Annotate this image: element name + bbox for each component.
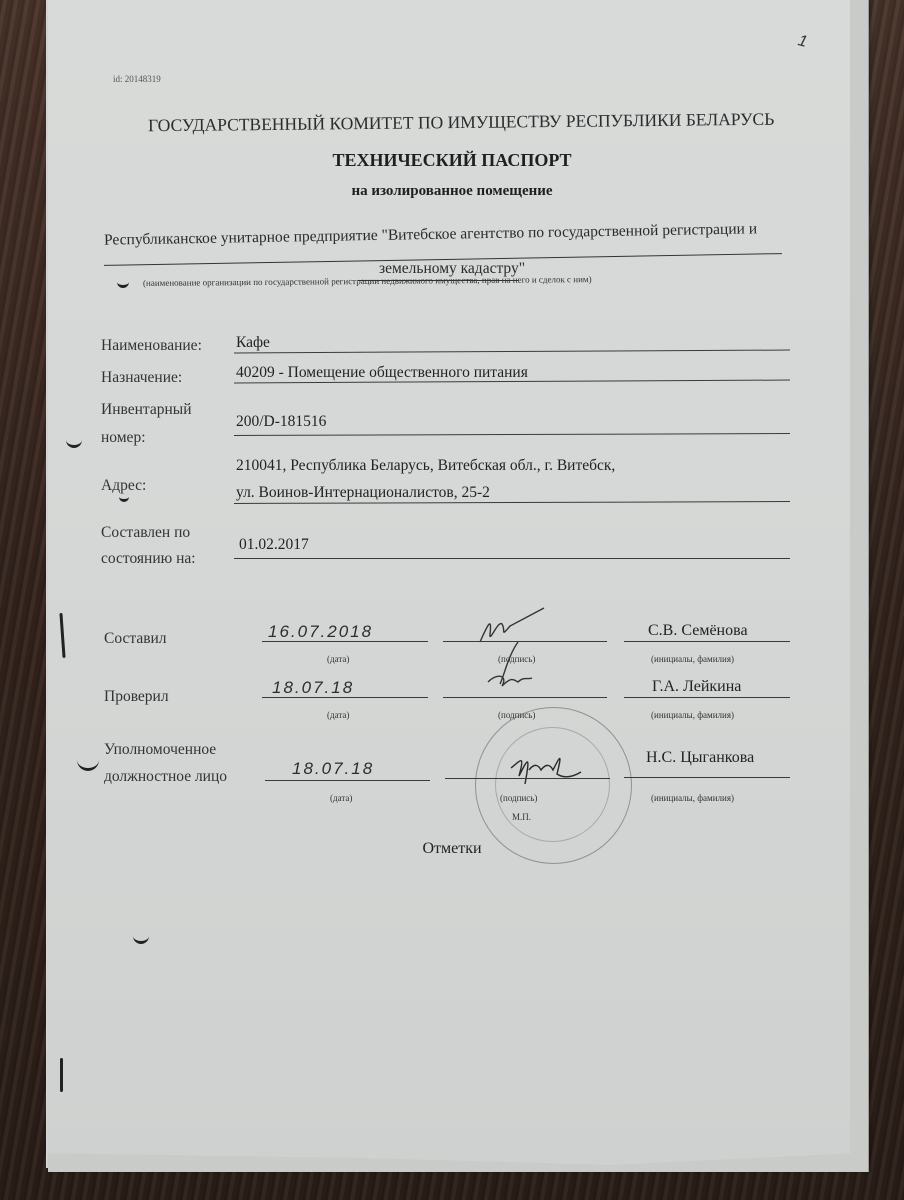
inventory-value: 200/D-181516 xyxy=(236,413,326,431)
purpose-value: 40209 - Помещение общественного питания xyxy=(236,364,528,382)
document-subtitle: на изолированное помещение xyxy=(0,183,904,200)
authorized-date-caption: (дата) xyxy=(330,793,352,803)
address-value-2: ул. Воинов-Интернационалистов, 25-2 xyxy=(236,484,490,502)
document-title: ТЕХНИЧЕСКИЙ ПАСПОРТ xyxy=(0,150,904,171)
checked-date-line xyxy=(262,697,428,698)
compiled-name-caption: (инициалы, фамилия) xyxy=(651,654,734,664)
compiled-name-line xyxy=(624,641,790,642)
checked-label: Проверил xyxy=(104,688,169,706)
compiled-name: С.В. Семёнова xyxy=(648,622,748,640)
document-id: id: 20148319 xyxy=(113,74,161,84)
authorized-name-line xyxy=(624,777,790,778)
authorized-signature-caption: (подпись) xyxy=(500,793,537,803)
authorized-signature xyxy=(505,740,595,790)
binding-mark xyxy=(60,1058,63,1092)
as-of-label-1: Составлен по xyxy=(101,519,190,547)
name-value: Кафе xyxy=(236,334,270,352)
compiled-label: Составил xyxy=(104,630,167,648)
compiled-date: 16.07.2018 xyxy=(268,622,373,642)
compiled-date-caption: (дата) xyxy=(327,654,349,664)
as-of-underline xyxy=(234,558,790,559)
checked-date: 18.07.18 xyxy=(272,678,354,698)
as-of-label-2: состоянию на: xyxy=(101,545,196,573)
document-sheet xyxy=(48,0,850,1165)
authorized-name: Н.С. Цыганкова xyxy=(646,749,754,767)
authorized-date: 18.07.18 xyxy=(292,759,374,779)
checked-name-caption: (инициалы, фамилия) xyxy=(651,710,734,720)
compiled-date-line xyxy=(262,641,428,642)
checked-signature-line xyxy=(443,697,607,698)
authorized-date-line xyxy=(265,780,430,781)
checked-name: Г.А. Лейкина xyxy=(652,678,741,696)
checked-date-caption: (дата) xyxy=(327,710,349,720)
purpose-label: Назначение: xyxy=(101,364,182,392)
as-of-value: 01.02.2017 xyxy=(239,536,309,554)
checked-signature xyxy=(478,636,558,696)
authorized-name-caption: (инициалы, фамилия) xyxy=(651,793,734,803)
authorized-label-1: Уполномоченное xyxy=(104,741,216,759)
inventory-label-1: Инвентарный xyxy=(101,396,192,424)
address-value-1: 210041, Республика Беларусь, Витебская о… xyxy=(236,457,615,475)
name-label: Наименование: xyxy=(101,332,202,360)
checked-name-line xyxy=(624,697,790,698)
inventory-label-2: номер: xyxy=(101,424,146,452)
marks-heading: Отметки xyxy=(0,840,904,858)
authorized-signature-line xyxy=(445,778,610,779)
seal-placement-caption: М.П. xyxy=(512,812,531,822)
authorized-label-2: должностное лицо xyxy=(104,768,227,786)
